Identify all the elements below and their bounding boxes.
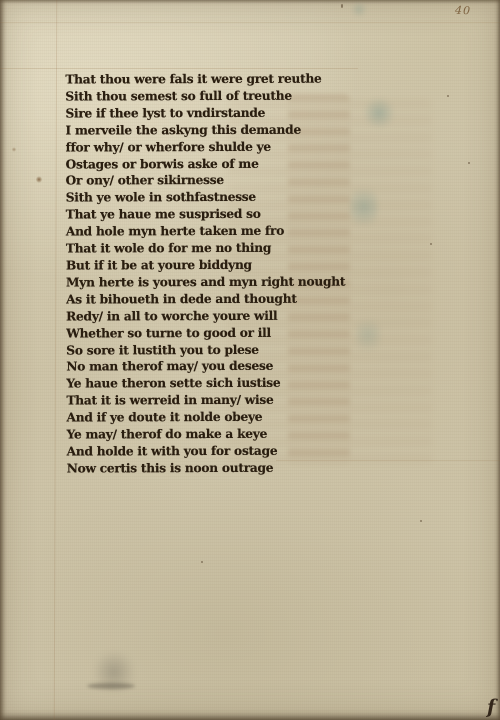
- verse-line: Now certis this is noon outrage: [67, 459, 367, 477]
- verse-line: ffor why/ or wherfore shulde ye: [66, 138, 366, 156]
- verse-line: That it wole do for me no thing: [66, 240, 366, 258]
- ink-speck: [468, 162, 470, 164]
- ink-speck: [201, 561, 203, 563]
- verse-line: Sith thou semest so full of treuthe: [65, 87, 365, 105]
- verse-line: So sore it lustith you to plese: [66, 341, 366, 359]
- manuscript-photo: 40 That thou were fals it were gret reut…: [0, 0, 500, 720]
- verse-line: Whether so turne to good or ill: [66, 324, 366, 342]
- verse-line: That ye haue me susprised so: [66, 206, 366, 224]
- verse-line: That it is werreid in many/ wise: [66, 392, 366, 410]
- verse-line: And holde it with you for ostage: [67, 442, 367, 460]
- verse-text-block: That thou were fals it were gret reuthe …: [65, 70, 366, 477]
- spot-brown-left: [36, 176, 42, 183]
- verse-line: Or ony/ other sikirnesse: [66, 172, 366, 190]
- verse-line: Ye haue theron sette sich iustise: [66, 375, 366, 393]
- ink-speck: [447, 95, 449, 97]
- ruling-line-top: [0, 22, 500, 23]
- verse-line: As it bihoueth in dede and thought: [66, 290, 366, 308]
- verse-line: Ostages or borwis aske of me: [66, 155, 366, 173]
- verse-line: No man therof may/ you desese: [66, 358, 366, 376]
- stain-green-upper: [364, 96, 394, 130]
- verse-line: And if ye doute it nolde obeye: [66, 409, 366, 427]
- verse-line: Sire if thee lyst to vndirstande: [65, 104, 365, 122]
- verse-line: Ye may/ therof do make a keye: [67, 426, 367, 444]
- parchment-page: 40 That thou were fals it were gret reut…: [0, 0, 500, 720]
- verse-line: I merveile the askyng this demande: [65, 121, 365, 139]
- spot-brown-edge: [12, 147, 16, 152]
- smudge-streak: [87, 683, 135, 689]
- ruling-line-header: [0, 68, 358, 69]
- folio-number: 40: [455, 4, 472, 18]
- verse-line: Redy/ in all to worche youre will: [66, 307, 366, 325]
- verse-line: But if it be at youre biddyng: [66, 256, 366, 274]
- ink-speck: [430, 243, 432, 245]
- bottom-right-ink-mark: f: [487, 696, 495, 718]
- ink-speck: [420, 520, 422, 522]
- verse-line: That thou were fals it were gret reuthe: [65, 70, 365, 88]
- verse-line: Myn herte is youres and myn right nought: [66, 273, 366, 291]
- ink-speck: [341, 4, 343, 8]
- verse-line: And hole myn herte taken me fro: [66, 223, 366, 241]
- verse-line: Sith ye wole in sothfastnesse: [66, 189, 366, 207]
- stain-green-top: [350, 2, 368, 17]
